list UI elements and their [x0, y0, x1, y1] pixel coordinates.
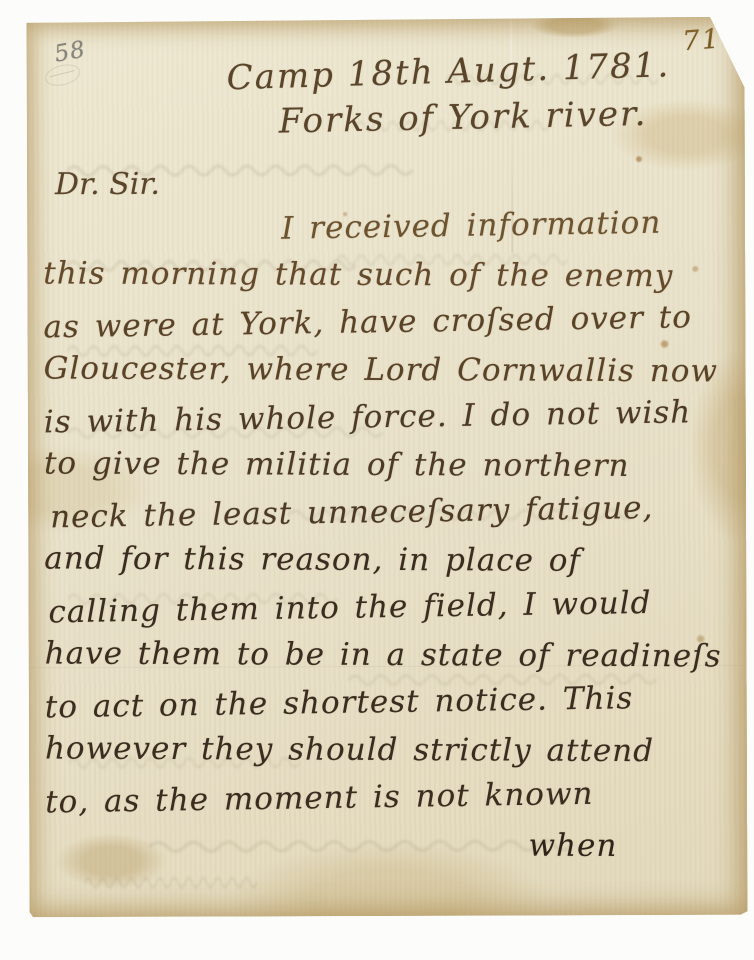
- letter-line: to, as the moment is not known: [45, 769, 740, 827]
- pencil-page-number: 58: [52, 37, 87, 68]
- letter-line: to give the militia of the northern: [44, 440, 738, 491]
- letter-page: 58 71 Camp 18th Augt. 1781. Forks of Yor…: [26, 17, 747, 918]
- embossed-stamp: [43, 61, 83, 89]
- letter-line: Gloucester, where Lord Cornwallis now: [44, 345, 738, 396]
- letter-catchword: when: [45, 820, 739, 871]
- letter-body: I received informationthis morning that …: [43, 203, 739, 870]
- letter-line: and for this reason, in place of: [44, 535, 738, 586]
- letter-line: to act on the shortest notice. This: [44, 674, 739, 732]
- letter-placeline: Forks of York river.: [278, 94, 647, 142]
- letter-line: however they should strictly attend: [45, 725, 739, 776]
- letter-line: calling them into the field, I would: [44, 579, 739, 637]
- letter-salutation: Dr. Sir.: [55, 167, 160, 202]
- ink-page-number: 71: [681, 24, 722, 58]
- letter-dateline: Camp 18th Augt. 1781.: [226, 45, 671, 98]
- letter-line: as were at York, have croſsed over to: [43, 294, 738, 352]
- letter-line: neck the least unneceſsary fatigue,: [44, 484, 739, 542]
- photo-background: 58 71 Camp 18th Augt. 1781. Forks of Yor…: [0, 0, 754, 960]
- letter-line: have them to be in a state of readineſs: [45, 630, 739, 681]
- letter-line: is with his whole force. I do not wish: [43, 389, 738, 447]
- letter-line: I received information: [43, 199, 738, 257]
- letter-line: this morning that such of the enemy: [43, 250, 737, 301]
